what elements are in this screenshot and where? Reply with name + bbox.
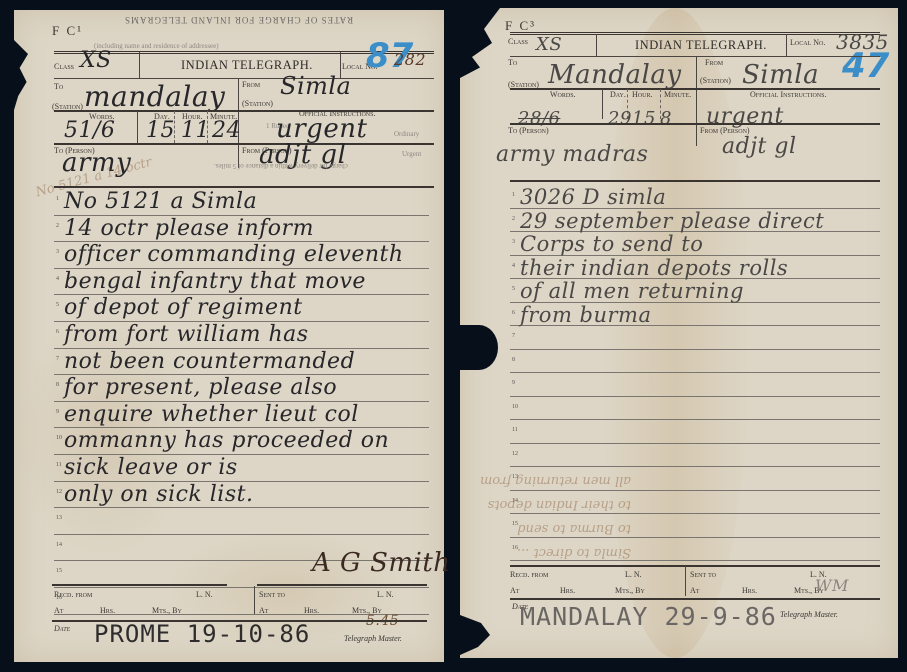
faint-delivery-note: charge for delivery within a distance of… bbox=[214, 162, 348, 170]
line-number: 10 bbox=[512, 404, 518, 410]
line-number: 7 bbox=[512, 333, 515, 339]
message-line: of depot of regiment bbox=[64, 295, 303, 320]
divider bbox=[510, 123, 880, 125]
divider bbox=[786, 34, 787, 56]
line-number: 5 bbox=[512, 286, 515, 292]
telegram-form-mandalay: F C³ Class XS INDIAN TELEGRAPH. Local No… bbox=[460, 8, 898, 658]
day-label: Day. bbox=[610, 90, 626, 99]
from-label: From bbox=[242, 80, 260, 89]
divider bbox=[685, 566, 686, 596]
line-number: 6 bbox=[512, 310, 515, 316]
words-label: Words. bbox=[550, 90, 576, 99]
line-number: 8 bbox=[512, 357, 515, 363]
minute-label: Minute. bbox=[664, 90, 691, 99]
from-station-label: (Station) bbox=[242, 99, 273, 108]
recd-ln-label: L. N. bbox=[196, 590, 213, 599]
sent-to-label: Sent to bbox=[259, 590, 285, 599]
day-value: 15 bbox=[146, 118, 175, 143]
line-number: 3 bbox=[512, 239, 515, 245]
from-station-value: Simla bbox=[280, 72, 351, 100]
telegraph-master-label: Telegraph Master. bbox=[344, 634, 402, 643]
line-number: 3 bbox=[56, 249, 59, 255]
ruled-line bbox=[510, 419, 880, 420]
divider bbox=[137, 111, 138, 143]
line-number: 15 bbox=[56, 568, 62, 574]
date-stamp: PROME 19-10-86 bbox=[94, 620, 310, 648]
line-number: 14 bbox=[56, 542, 62, 548]
from-person-value: adjt gl bbox=[722, 134, 796, 159]
divider bbox=[696, 56, 697, 146]
line-number: 4 bbox=[56, 276, 59, 282]
line-number: 1 bbox=[56, 196, 59, 202]
minute-value: 8 bbox=[660, 108, 672, 129]
sent-at-label: At bbox=[690, 586, 699, 595]
hour-value: 11 bbox=[181, 118, 210, 143]
date-stamp: MANDALAY 29-9-86 bbox=[520, 602, 777, 631]
message-line: not been countermanded bbox=[64, 349, 355, 374]
line-number: 13 bbox=[56, 515, 62, 521]
ruled-line bbox=[54, 507, 429, 508]
class-value: XS bbox=[536, 34, 562, 55]
message-line: from burma bbox=[520, 303, 651, 327]
sent-at-label: At bbox=[259, 606, 268, 615]
line-number: 7 bbox=[56, 356, 59, 362]
message-line: bengal infantry that move bbox=[64, 269, 366, 294]
form-title: INDIAN TELEGRAPH. bbox=[181, 58, 313, 73]
to-label: To bbox=[508, 58, 517, 67]
message-line: Corps to send to bbox=[520, 232, 703, 256]
divider bbox=[602, 89, 603, 119]
day-value: 29 bbox=[608, 108, 632, 129]
date-label: Date bbox=[54, 624, 70, 633]
message-line: ommanny has proceeded on bbox=[64, 428, 389, 453]
class-label: Class bbox=[508, 37, 528, 46]
class-value: XS bbox=[80, 48, 112, 73]
from-label: From bbox=[705, 58, 723, 67]
message-line: from fort william has bbox=[64, 322, 309, 347]
ruled-line bbox=[510, 396, 880, 397]
hour-label: Hour. bbox=[632, 90, 652, 99]
local-no-blue-pencil: 47 bbox=[842, 46, 889, 86]
hour-value: 15 bbox=[632, 108, 656, 129]
form-title: INDIAN TELEGRAPH. bbox=[635, 38, 767, 53]
line-number: 9 bbox=[56, 409, 59, 415]
message-line: for present, please also bbox=[64, 375, 337, 400]
official-instructions-label: Official Instructions. bbox=[750, 90, 826, 99]
sent-hrs-label: Hrs. bbox=[304, 606, 319, 615]
recd-hrs-label: Hrs. bbox=[100, 606, 115, 615]
divider bbox=[510, 180, 880, 182]
message-line: No 5121 a Simla bbox=[64, 189, 257, 214]
message-line: officer commanding eleventh bbox=[64, 242, 404, 267]
divider bbox=[52, 584, 227, 586]
divider bbox=[257, 584, 427, 586]
divider bbox=[510, 565, 880, 567]
divider bbox=[54, 78, 434, 79]
to-person-value: army madras bbox=[496, 142, 648, 167]
line-number: 6 bbox=[56, 329, 59, 335]
line-number: 4 bbox=[512, 263, 515, 269]
message-line: of all men returning bbox=[520, 279, 744, 303]
bleed-through-text: Simla to direct ... to Burma to send to … bbox=[480, 468, 631, 564]
line-number: 5 bbox=[56, 302, 59, 308]
to-label: To bbox=[54, 82, 63, 91]
ruled-line bbox=[510, 372, 880, 373]
message-line: 29 september please direct bbox=[520, 209, 824, 233]
line-number: 2 bbox=[56, 223, 59, 229]
message-line: 14 octr please inform bbox=[64, 216, 314, 241]
line-number: 8 bbox=[56, 382, 59, 388]
line-number: 11 bbox=[56, 462, 62, 468]
recd-mts-label: Mts., By bbox=[615, 586, 645, 595]
line-number: 12 bbox=[56, 489, 62, 495]
faint-urgent: Urgent bbox=[402, 150, 421, 158]
local-no-label: Local No. bbox=[790, 38, 825, 47]
sent-hrs-label: Hrs. bbox=[742, 586, 757, 595]
divider bbox=[54, 143, 434, 145]
line-number: 11 bbox=[512, 427, 518, 433]
faint-ordinary: Ordinary bbox=[394, 130, 419, 138]
divider bbox=[254, 586, 255, 614]
message-line: sick leave or is bbox=[64, 455, 238, 480]
divider bbox=[510, 32, 880, 35]
line-number: 9 bbox=[512, 380, 515, 386]
message-line: only on sick list. bbox=[64, 482, 253, 507]
from-station-label: (Station) bbox=[700, 76, 731, 85]
initials-mark: WM bbox=[815, 576, 849, 595]
recd-from-label: Recd. from bbox=[510, 570, 548, 579]
line-number: 12 bbox=[512, 451, 518, 457]
ruled-line bbox=[510, 443, 880, 444]
message-line: enquire whether lieut col bbox=[64, 402, 359, 427]
divider bbox=[510, 56, 880, 57]
telegram-form-prome: RATES OF CHARGE FOR INLAND TELEGRAMS F C… bbox=[14, 10, 444, 662]
signature: A G Smith bbox=[312, 548, 451, 578]
ruled-line bbox=[510, 466, 880, 467]
recd-ln-label: L. N. bbox=[625, 570, 642, 579]
recd-mts-label: Mts., By bbox=[152, 606, 182, 615]
ruled-line bbox=[54, 534, 429, 535]
minute-value: 24 bbox=[212, 118, 241, 143]
class-label: Class bbox=[54, 62, 74, 71]
ruled-line bbox=[54, 587, 429, 588]
line-number: 10 bbox=[56, 435, 62, 441]
ruled-line bbox=[510, 349, 880, 350]
divider bbox=[510, 598, 880, 600]
divider bbox=[54, 186, 434, 188]
sent-ln-label: L. N. bbox=[377, 590, 394, 599]
divider bbox=[139, 52, 140, 78]
rates-of-charge-header: RATES OF CHARGE FOR INLAND TELEGRAMS bbox=[124, 15, 353, 25]
telegraph-master-label: Telegraph Master. bbox=[780, 610, 838, 619]
to-station-value: mandalay bbox=[84, 80, 225, 113]
recd-at-label: At bbox=[510, 586, 519, 595]
form-code: F C¹ bbox=[52, 23, 83, 39]
recd-hrs-label: Hrs. bbox=[560, 586, 575, 595]
sent-to-label: Sent to bbox=[690, 570, 716, 579]
line-number: 1 bbox=[512, 192, 515, 198]
message-line: their indian depots rolls bbox=[520, 256, 788, 280]
torn-edge bbox=[460, 325, 498, 370]
recd-from-label: Recd. from bbox=[54, 590, 92, 599]
to-person-label: To (Person) bbox=[508, 126, 549, 135]
line-number: 2 bbox=[512, 216, 515, 222]
to-station-value: Mandalay bbox=[548, 60, 682, 90]
local-no-ink: 282 bbox=[394, 50, 426, 69]
divider bbox=[596, 34, 597, 56]
from-station-value: Simla bbox=[742, 60, 819, 90]
words-value: 51/6 bbox=[64, 118, 115, 143]
recd-at-label: At bbox=[54, 606, 63, 615]
message-line: 3026 D simla bbox=[520, 185, 666, 209]
